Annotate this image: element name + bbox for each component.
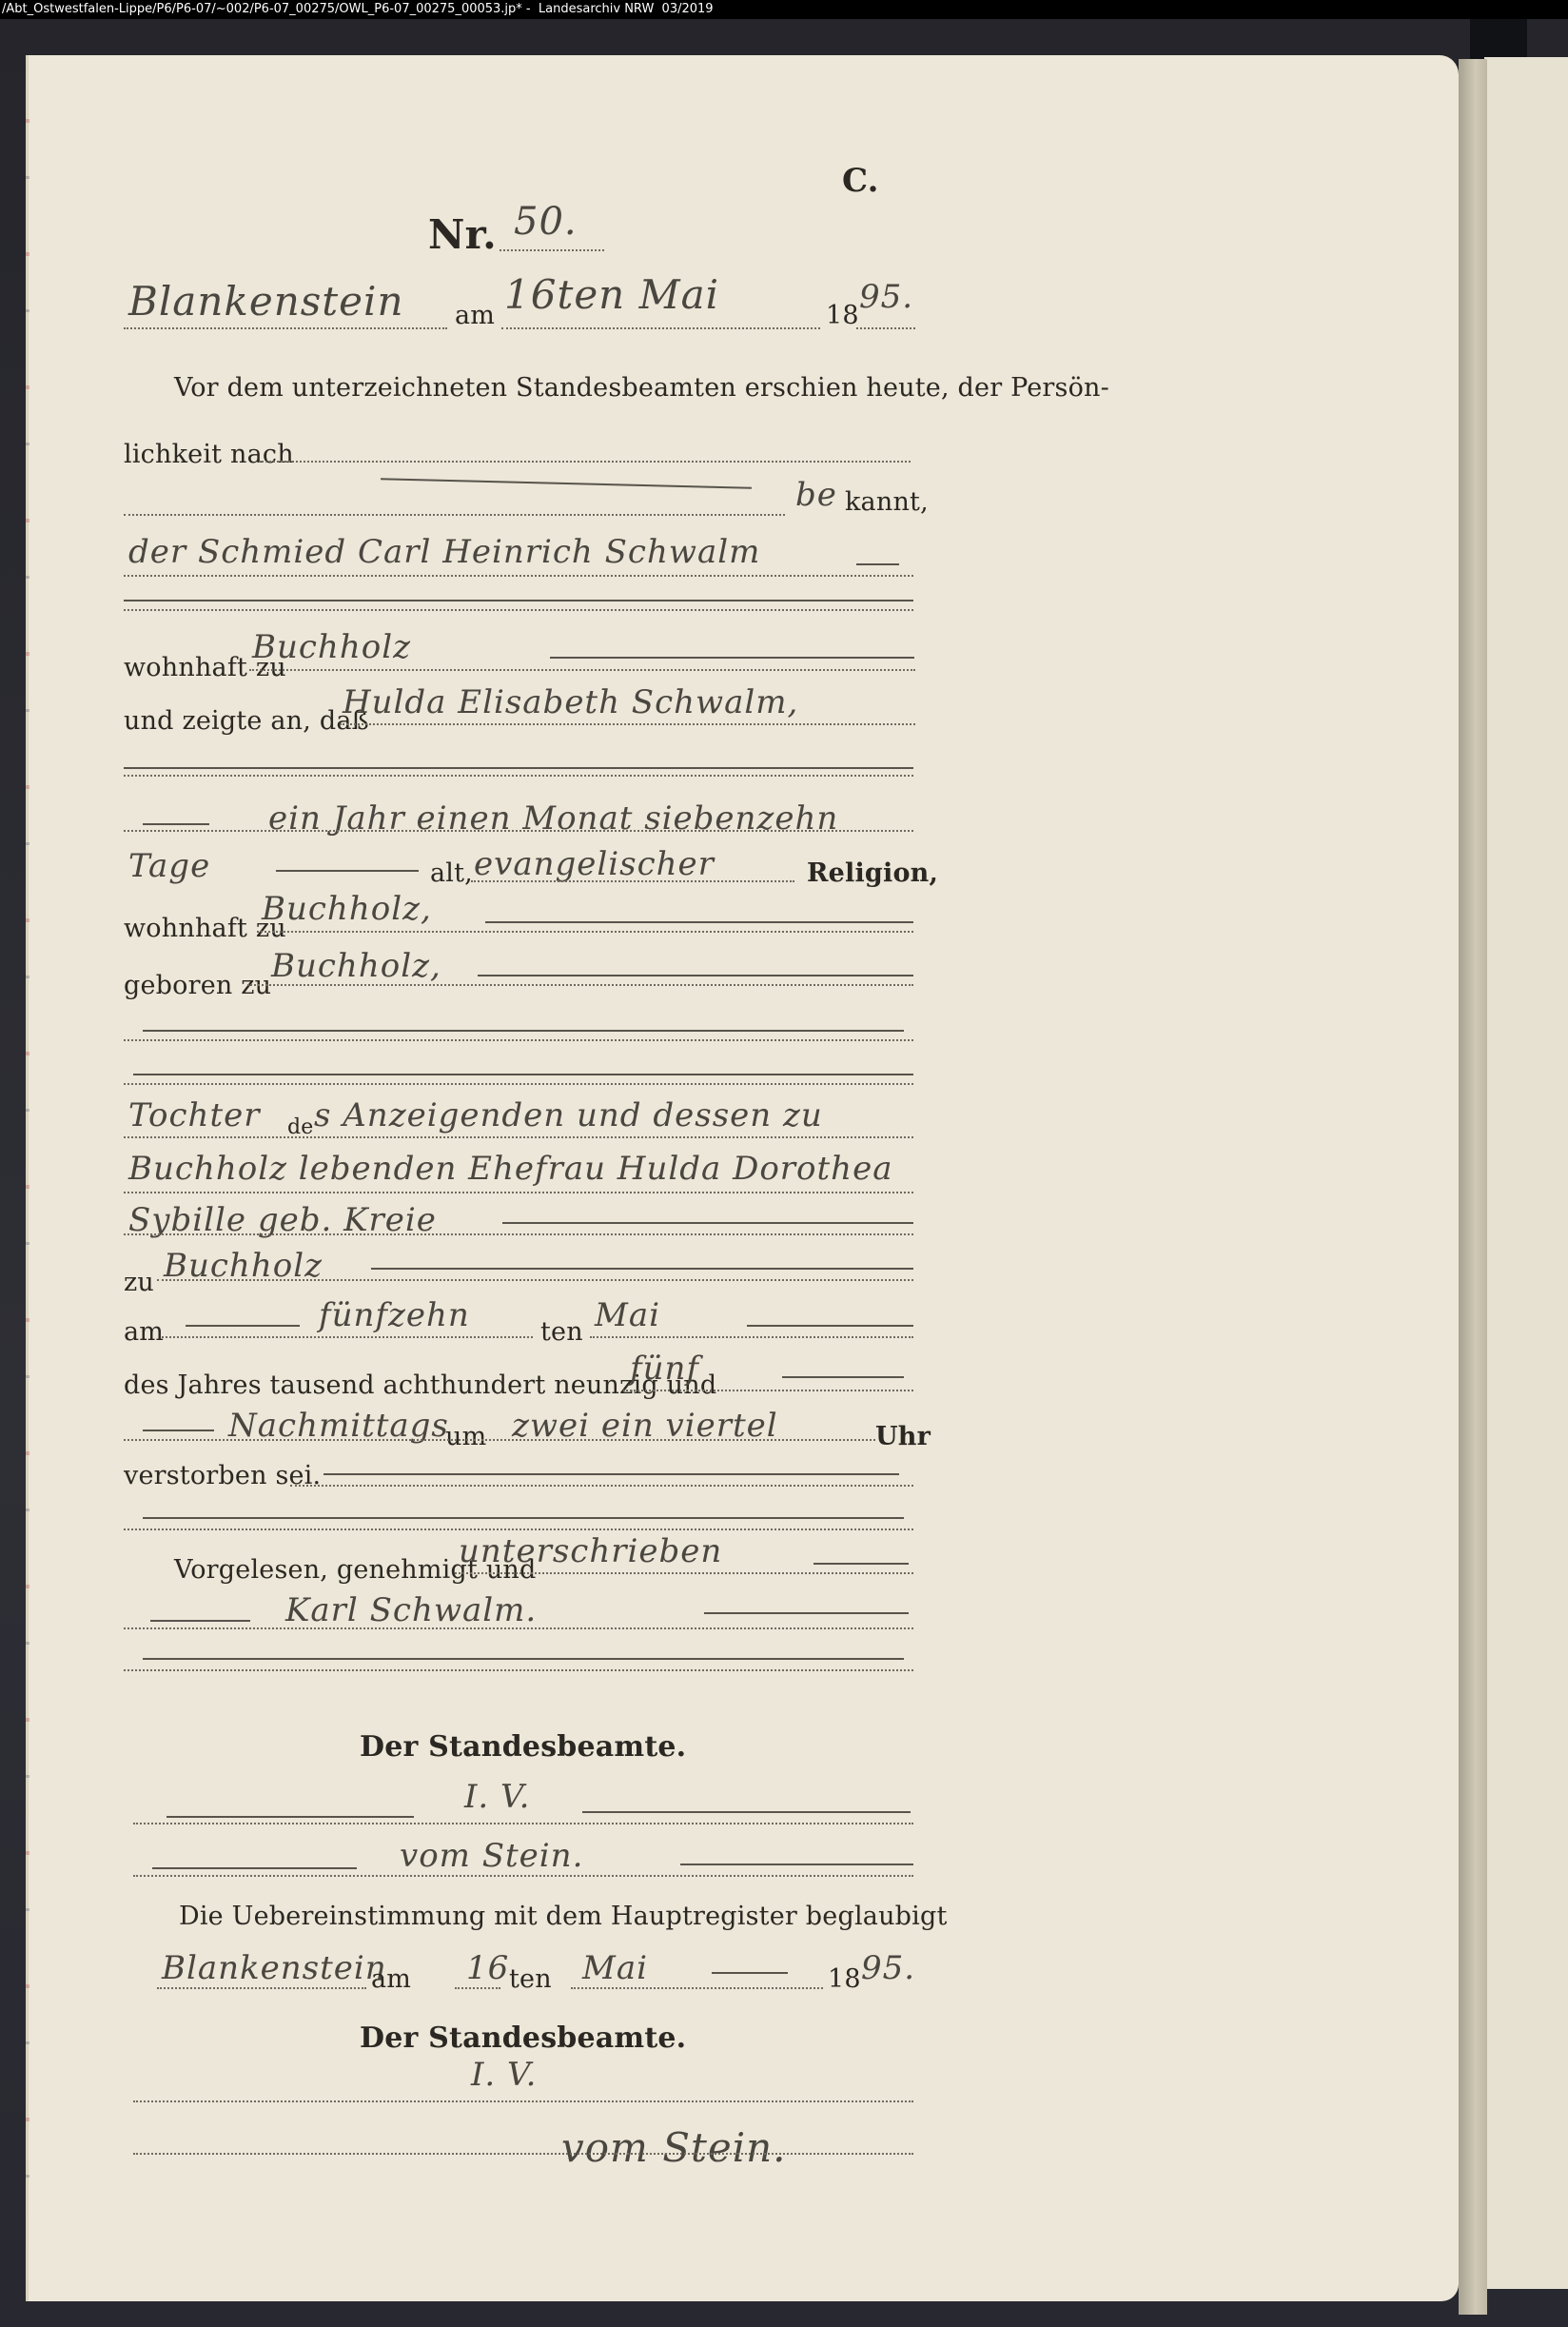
bekannt-hand: be — [795, 476, 837, 514]
number-line — [500, 249, 604, 251]
year-line-value: fünf — [630, 1350, 699, 1388]
year-line-rule — [623, 1390, 913, 1391]
um-label: um — [445, 1422, 486, 1451]
verstorben-strike — [323, 1473, 899, 1475]
page-binding-edge — [26, 90, 29, 2184]
cert-am: am — [371, 1964, 411, 1994]
blank-line-2 — [124, 1083, 913, 1085]
signature-dash-right — [704, 1612, 909, 1614]
residence-value: Buchholz — [252, 628, 411, 666]
time-line — [124, 1439, 875, 1441]
time-dash — [143, 1430, 214, 1431]
deceased-line-2-strike — [124, 767, 913, 769]
blank-strike-2 — [133, 1074, 913, 1075]
registrar-sig1-line — [133, 1823, 913, 1824]
death-day: fünfzehn — [319, 1296, 470, 1334]
am-label-2: am — [124, 1317, 164, 1347]
cert-day: 16 — [466, 1949, 509, 1987]
registrar2-signature-1: I. V. — [471, 2056, 537, 2094]
registrar-signature-2: vom Stein. — [400, 1837, 583, 1875]
registrar2-sig2-line — [133, 2153, 913, 2155]
declarant-line — [124, 575, 913, 577]
year-prefix: 18 — [826, 301, 859, 330]
declarant-line-2 — [124, 609, 913, 611]
zu-strike — [371, 1268, 913, 1270]
place-value: Blankenstein — [128, 278, 404, 325]
alt-label: alt, — [430, 858, 473, 888]
born-value: Buchholz, — [271, 947, 441, 985]
religion-label: Religion, — [807, 858, 938, 888]
born-line — [247, 984, 913, 986]
year-line-fill — [782, 1376, 904, 1378]
deceased-residence-value: Buchholz, — [262, 890, 432, 928]
parents-line-1: s Anzeigenden und dessen zu — [314, 1096, 823, 1134]
read-line — [455, 1572, 913, 1574]
age-value: ein Jahr einen Monat siebenzehn — [268, 799, 838, 838]
cert-year-suffix: 95. — [861, 1949, 915, 1987]
death-date-dash — [186, 1325, 300, 1327]
am-label: am — [455, 301, 495, 330]
born-strike — [478, 975, 913, 976]
registrar-signature-1: I. V. — [464, 1778, 530, 1816]
registrar2-sig1-line — [133, 2100, 913, 2102]
deceased-residence-line — [257, 931, 913, 933]
blank-strike-4 — [143, 1658, 904, 1660]
registrar-sig1-dash-left — [167, 1816, 414, 1818]
blank-line-1 — [124, 1039, 913, 1041]
registrar-sig1-dash-right — [582, 1811, 911, 1813]
adjacent-page — [1484, 57, 1568, 2289]
cert-day-line — [455, 1987, 500, 1989]
record-number-label: Nr. — [428, 211, 497, 258]
read-value: unterschrieben — [459, 1532, 722, 1570]
ten-label: ten — [540, 1317, 583, 1347]
parents-line-2: Buchholz lebenden Ehefrau Hulda Dorothea — [128, 1150, 892, 1188]
registrar-sig2-dash-right — [680, 1864, 913, 1865]
registrar-heading: Der Standesbeamte. — [360, 1730, 686, 1764]
parents-rule-2 — [124, 1192, 913, 1193]
religion-line — [471, 880, 794, 882]
viewer-title-bar: /Abt_Ostwestfalen-Lippe/P6/P6-07/~002/P6… — [0, 0, 1568, 19]
bekannt-printed: kannt, — [845, 487, 929, 517]
parents-strike-3 — [502, 1222, 913, 1224]
zu-label: zu — [124, 1268, 154, 1297]
residence-line — [249, 669, 915, 671]
page-gutter — [1459, 59, 1487, 2315]
uhr-label: Uhr — [875, 1422, 931, 1451]
signature-dash-left — [150, 1620, 250, 1622]
year-suffix: 95. — [859, 278, 913, 316]
cert-place: Blankenstein — [162, 1949, 387, 1987]
blank-strike-3 — [143, 1517, 904, 1519]
verstorben-line — [290, 1485, 913, 1487]
year-line — [856, 327, 915, 329]
identity-line-1 — [259, 461, 911, 463]
date-line — [501, 327, 820, 329]
zu-line — [157, 1279, 913, 1281]
age-dash — [143, 823, 209, 825]
cert-month-fill — [712, 1972, 788, 1974]
record-number-value: 50. — [514, 200, 578, 244]
deceased-residence-strike — [485, 921, 913, 923]
cert-ten: ten — [509, 1964, 552, 1994]
age-fill — [276, 870, 419, 872]
year-line-label: des Jahres tausend achthundert neunzig u… — [124, 1371, 716, 1400]
intro-line-2: lichkeit nach — [124, 440, 294, 469]
cert-month-line — [571, 1987, 823, 1989]
parents-rule-1 — [124, 1136, 913, 1138]
death-day-line — [162, 1336, 533, 1338]
book-spine-shadow — [1470, 19, 1527, 62]
cert-month: Mai — [582, 1949, 648, 1987]
registrar2-signature-2: vom Stein. — [561, 2124, 787, 2171]
certification-label: Die Uebereinstimmung mit dem Hauptregist… — [179, 1902, 948, 1931]
registrar-heading-2: Der Standesbeamte. — [360, 2021, 686, 2055]
deceased-line-2 — [124, 775, 913, 777]
cert-year-prefix: 18 — [828, 1964, 861, 1994]
declarant-line-2-strike — [124, 600, 913, 601]
date-value: 16ten Mai — [504, 271, 719, 318]
registrar-sig2-dash-left — [152, 1867, 357, 1869]
religion-value: evangelischer — [474, 845, 715, 883]
parents-rule-3 — [124, 1233, 913, 1235]
signature-line — [124, 1627, 913, 1629]
section-letter: C. — [842, 162, 879, 200]
declarant-name: der Schmied Carl Heinrich Schwalm — [128, 533, 760, 571]
age-line — [124, 830, 913, 832]
death-month-fill — [747, 1325, 913, 1327]
age-value-2: Tage — [128, 847, 210, 885]
blank-strike-1 — [143, 1030, 904, 1032]
declarant-fill — [856, 563, 899, 565]
place-line — [124, 327, 447, 329]
deceased-name: Hulda Elisabeth Schwalm, — [343, 683, 798, 721]
intro-line-1: Vor dem unterzeichneten Standesbeamten e… — [174, 373, 1109, 403]
deceased-line — [340, 723, 915, 725]
blank-line-3 — [124, 1528, 913, 1530]
death-month: Mai — [595, 1296, 660, 1334]
identity-line-2 — [124, 514, 785, 516]
registrar-sig2-line — [133, 1875, 913, 1877]
blank-line-4 — [124, 1669, 913, 1671]
reported-label: und zeigte an, daß — [124, 706, 369, 736]
cert-place-line — [157, 1987, 366, 1989]
residence-strike — [550, 657, 914, 659]
declarant-signature: Karl Schwalm. — [285, 1591, 537, 1629]
parents-tochter: Tochter — [128, 1096, 260, 1134]
read-fill — [813, 1563, 909, 1565]
death-month-line — [590, 1336, 913, 1338]
